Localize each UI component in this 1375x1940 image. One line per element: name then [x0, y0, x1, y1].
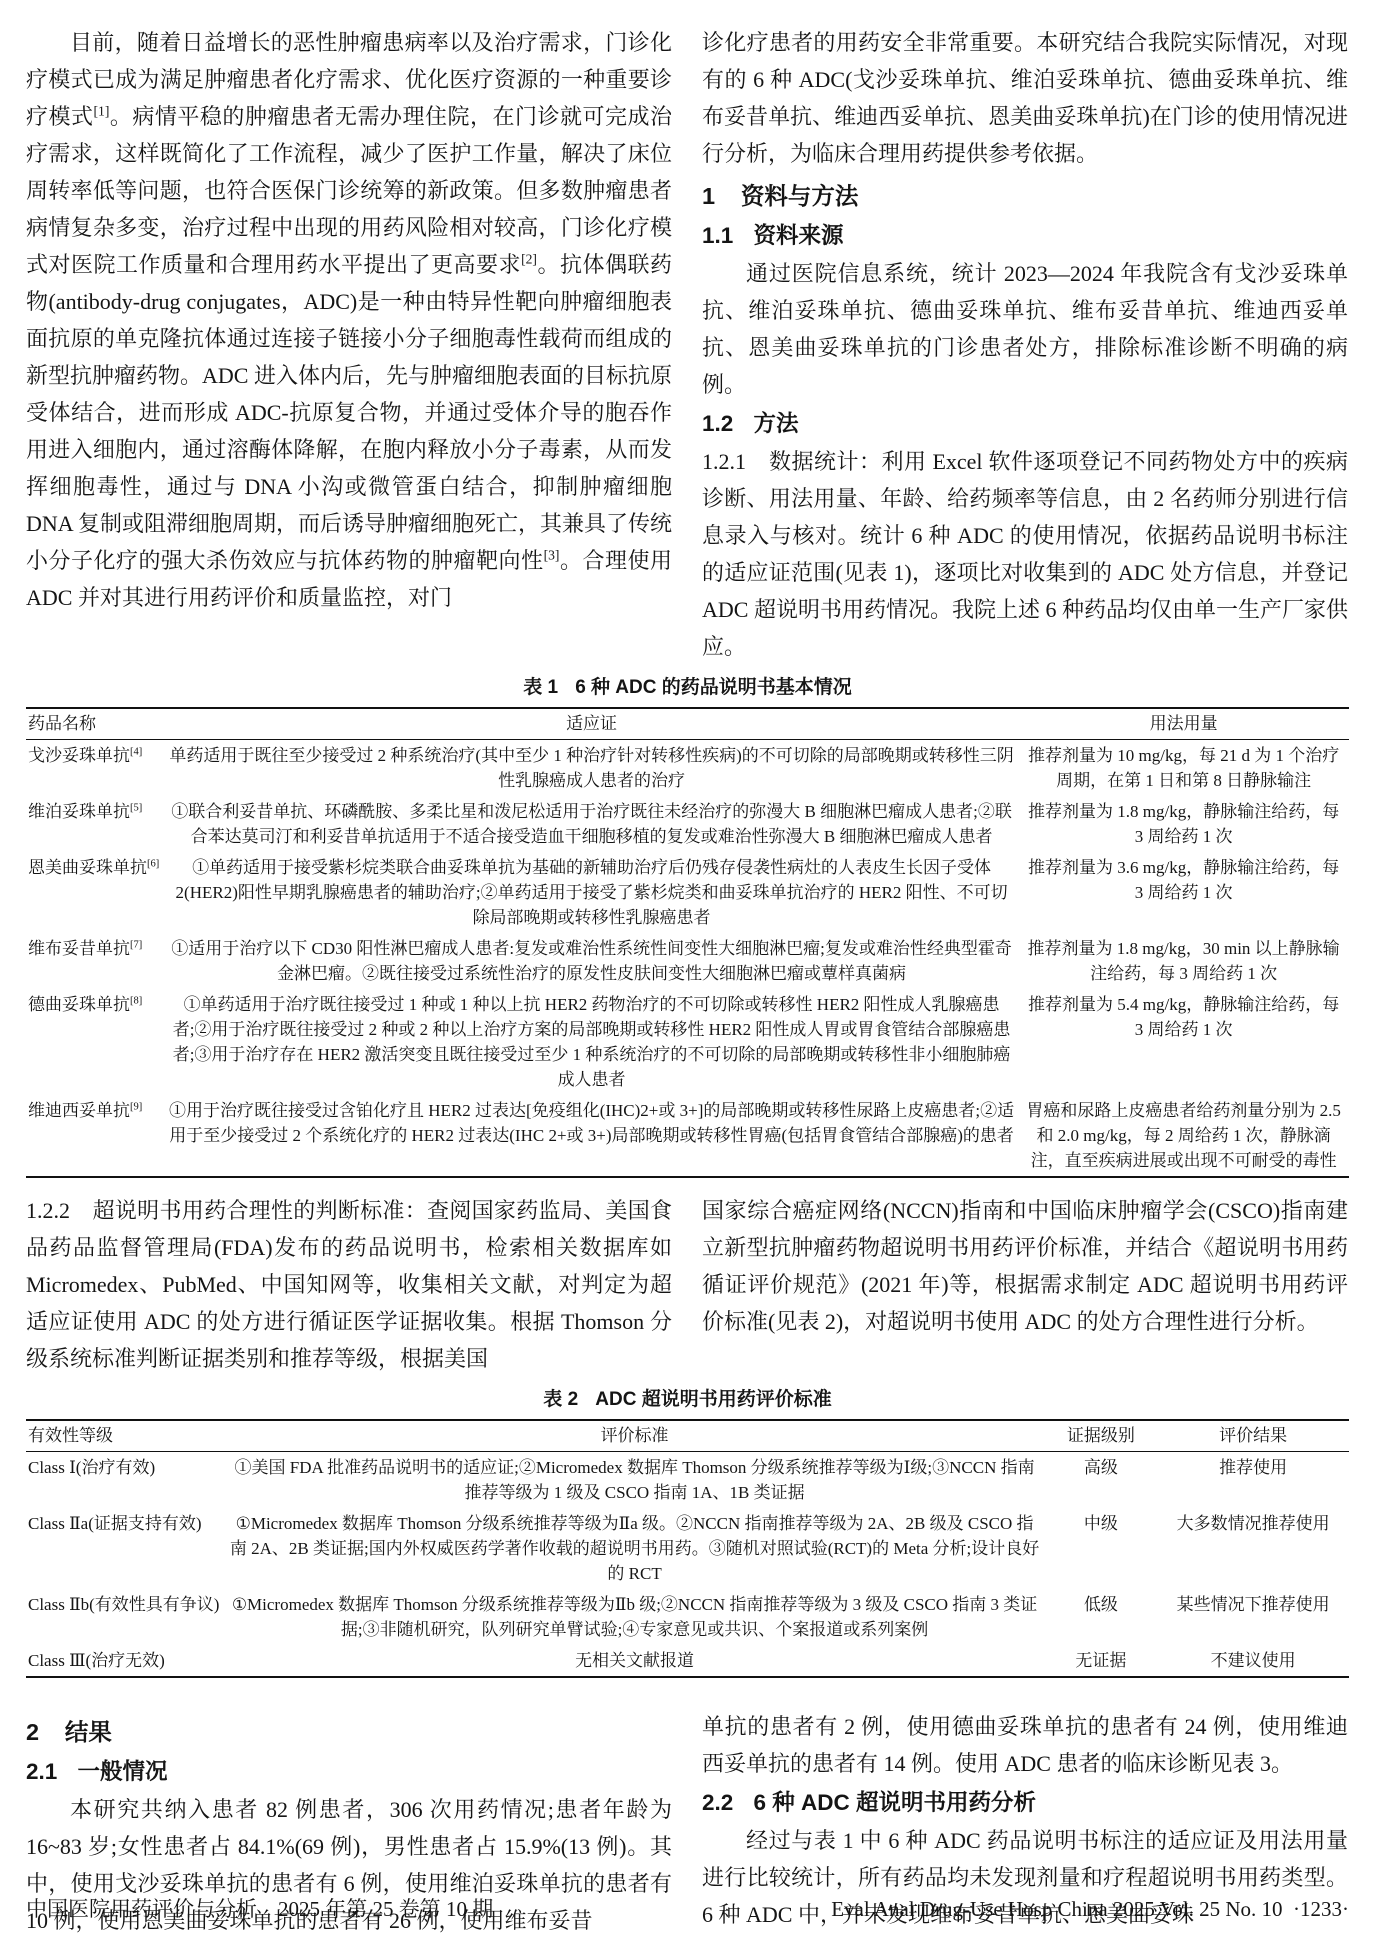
section-1-number: 1 — [702, 183, 715, 209]
citation-ref: [8] — [130, 995, 142, 1006]
intro-section: 目前，随着日益增长的恶性肿瘤患病率以及治疗需求，门诊化疗模式已成为满足肿瘤患者化… — [26, 24, 1349, 665]
citation-ref: [9] — [130, 1101, 142, 1112]
section-2-1-title: 一般情况 — [78, 1759, 168, 1784]
section-2-2-number: 2.2 — [702, 1790, 733, 1815]
drug-name-cell: 维泊妥珠单抗[5] — [26, 796, 165, 852]
section-1-2-heading: 1.2方法 — [702, 406, 1348, 441]
section-2-title: 结果 — [65, 1719, 112, 1745]
result-cell: 大多数情况推荐使用 — [1157, 1508, 1349, 1589]
page-footer: 中国医院用药评价与分析 2025 年第 25 卷第 10 期 Eval Anal… — [26, 1894, 1349, 1924]
table1-label: 表 1 — [523, 677, 558, 698]
table1: 药品名称 适应证 用法用量 戈沙妥珠单抗[4] 单药适用于既往至少接受过 2 种… — [26, 707, 1349, 1178]
table2-row: Class Ⅱa(证据支持有效) ①Micromedex 数据库 Thomson… — [26, 1508, 1349, 1589]
dosage-cell: 推荐剂量为 1.8 mg/kg，静脉输注给药，每 3 周给药 1 次 — [1018, 796, 1349, 852]
table1-caption: 表 16 种 ADC 的药品说明书基本情况 — [26, 675, 1349, 701]
level-cell: 低级 — [1045, 1589, 1157, 1645]
section-2-2-title: 6 种 ADC 超说明书用药分析 — [754, 1790, 1037, 1815]
section-2-heading: 2结果 — [26, 1714, 672, 1750]
table1-row: 德曲妥珠单抗[8] ①单药适用于治疗既往接受过 1 种或 1 种以上抗 HER2… — [26, 989, 1349, 1095]
table1-header-dosage: 用法用量 — [1018, 708, 1349, 740]
dosage-cell: 胃癌和尿路上皮癌患者给药剂量分别为 2.5 和 2.0 mg/kg，每 2 周给… — [1018, 1095, 1349, 1177]
footer-right: Eval Anal Drug-Use Hosp China 2025 Vol. … — [831, 1894, 1349, 1924]
dosage-cell: 推荐剂量为 10 mg/kg，每 21 d 为 1 个治疗周期，在第 1 日和第… — [1018, 740, 1349, 797]
indication-cell: ①适用于治疗以下 CD30 阳性淋巴瘤成人患者:复发或难治性系统性间变性大细胞淋… — [165, 933, 1018, 989]
table1-row: 维泊妥珠单抗[5] ①联合利妥昔单抗、环磷酰胺、多柔比星和泼尼松适用于治疗既往未… — [26, 796, 1349, 852]
drug-name: 维泊妥珠单抗 — [28, 802, 130, 821]
table2-header-criteria: 评价标准 — [224, 1420, 1044, 1452]
table2-caption: 表 2ADC 超说明书用药评价标准 — [26, 1387, 1349, 1413]
section-2-2-heading: 2.26 种 ADC 超说明书用药分析 — [702, 1785, 1348, 1820]
drug-name: 德曲妥珠单抗 — [28, 995, 130, 1014]
section-1-2-number: 1.2 — [702, 411, 733, 436]
section-2-1-paragraph-right: 单抗的患者有 2 例，使用德曲妥珠单抗的患者有 24 例，使用维迪西妥单抗的患者… — [702, 1708, 1348, 1782]
criteria-cell: ①Micromedex 数据库 Thomson 分级系统推荐等级为Ⅱb 级;②N… — [224, 1589, 1044, 1645]
drug-name: 恩美曲妥珠单抗 — [28, 858, 147, 877]
section-1-1-heading: 1.1资料来源 — [702, 218, 1348, 253]
table2: 有效性等级 评价标准 证据级别 评价结果 Class Ⅰ(治疗有效) ①美国 F… — [26, 1419, 1349, 1678]
citation-ref: [5] — [130, 802, 142, 813]
table1-row: 戈沙妥珠单抗[4] 单药适用于既往至少接受过 2 种系统治疗(其中至少 1 种治… — [26, 740, 1349, 797]
right-column: 诊化疗患者的用药安全非常重要。本研究结合我院实际情况，对现有的 6 种 ADC(… — [702, 24, 1348, 665]
level-cell: 高级 — [1045, 1452, 1157, 1509]
drug-name-cell: 恩美曲妥珠单抗[6] — [26, 852, 165, 933]
table2-header-result: 评价结果 — [1157, 1420, 1349, 1452]
intro-paragraph-left: 目前，随着日益增长的恶性肿瘤患病率以及治疗需求，门诊化疗模式已成为满足肿瘤患者化… — [26, 24, 672, 616]
footer-journal-cn: 中国医院用药评价与分析 2025 年第 25 卷第 10 期 — [26, 1894, 493, 1924]
citation-ref: [6] — [147, 858, 159, 869]
table2-header-row: 有效性等级 评价标准 证据级别 评价结果 — [26, 1420, 1349, 1452]
section-2-number: 2 — [26, 1719, 39, 1745]
section-1-2-title: 方法 — [754, 411, 799, 436]
dosage-cell: 推荐剂量为 5.4 mg/kg，静脉输注给药，每 3 周给药 1 次 — [1018, 989, 1349, 1095]
table1-row: 维迪西妥单抗[9] ①用于治疗既往接受过含铂化疗且 HER2 过表达[免疫组化(… — [26, 1095, 1349, 1177]
level-cell: 无证据 — [1045, 1645, 1157, 1677]
citation-ref: [7] — [130, 939, 142, 950]
left-column: 目前，随着日益增长的恶性肿瘤患病率以及治疗需求，门诊化疗模式已成为满足肿瘤患者化… — [26, 24, 672, 665]
drug-name-cell: 戈沙妥珠单抗[4] — [26, 740, 165, 797]
journal-page: 目前，随着日益增长的恶性肿瘤患病率以及治疗需求，门诊化疗模式已成为满足肿瘤患者化… — [0, 0, 1375, 1940]
table2-caption-text: ADC 超说明书用药评价标准 — [595, 1389, 831, 1410]
result-cell: 不建议使用 — [1157, 1645, 1349, 1677]
criteria-cell: ①Micromedex 数据库 Thomson 分级系统推荐等级为Ⅱa 级。②N… — [224, 1508, 1044, 1589]
indication-cell: ①单药适用于治疗既往接受过 1 种或 1 种以上抗 HER2 药物治疗的不可切除… — [165, 989, 1018, 1095]
section-1-heading: 1资料与方法 — [702, 178, 1348, 214]
class-cell: Class Ⅲ(治疗无效) — [26, 1645, 224, 1677]
drug-name: 维布妥昔单抗 — [28, 939, 130, 958]
criteria-cell: ①美国 FDA 批准药品说明书的适应证;②Micromedex 数据库 Thom… — [224, 1452, 1044, 1509]
intro-paragraph-right: 诊化疗患者的用药安全非常重要。本研究结合我院实际情况，对现有的 6 种 ADC(… — [702, 24, 1348, 172]
right-column: 国家综合癌症网络(NCCN)指南和中国临床肿瘤学会(CSCO)指南建立新型抗肿瘤… — [702, 1192, 1348, 1377]
class-cell: Class Ⅰ(治疗有效) — [26, 1452, 224, 1509]
section-1-1-number: 1.1 — [702, 223, 733, 248]
citation-ref-1: [1] — [94, 104, 110, 119]
drug-name: 维迪西妥单抗 — [28, 1101, 130, 1120]
drug-name: 戈沙妥珠单抗 — [28, 746, 130, 765]
section-1-2-2-paragraph-left: 1.2.2 超说明书用药合理性的判断标准：查阅国家药监局、美国食品药品监督管理局… — [26, 1192, 672, 1377]
section-1-1-title: 资料来源 — [754, 223, 844, 248]
intro-text-3: 。抗体偶联药物(antibody-drug conjugates，ADC)是一种… — [26, 252, 672, 573]
citation-ref-3: [3] — [544, 548, 560, 563]
dosage-cell: 推荐剂量为 3.6 mg/kg，静脉输注给药，每 3 周给药 1 次 — [1018, 852, 1349, 933]
section-2-1-number: 2.1 — [26, 1759, 57, 1784]
table2-label: 表 2 — [543, 1389, 578, 1410]
citation-ref-2: [2] — [521, 252, 537, 267]
left-column: 1.2.2 超说明书用药合理性的判断标准：查阅国家药监局、美国食品药品监督管理局… — [26, 1192, 672, 1377]
citation-ref: [4] — [130, 746, 142, 757]
section-1-2-1-paragraph: 1.2.1 数据统计：利用 Excel 软件逐项登记不同药物处方中的疾病诊断、用… — [702, 443, 1348, 665]
drug-name-cell: 维布妥昔单抗[7] — [26, 933, 165, 989]
table2-row: Class Ⅰ(治疗有效) ①美国 FDA 批准药品说明书的适应证;②Micro… — [26, 1452, 1349, 1509]
class-cell: Class Ⅱa(证据支持有效) — [26, 1508, 224, 1589]
section-1-1-paragraph: 通过医院信息系统，统计 2023—2024 年我院含有戈沙妥珠单抗、维泊妥珠单抗… — [702, 255, 1348, 403]
drug-name-cell: 德曲妥珠单抗[8] — [26, 989, 165, 1095]
table2-row: Class Ⅲ(治疗无效) 无相关文献报道 无证据 不建议使用 — [26, 1645, 1349, 1677]
section-1-2-2: 1.2.2 超说明书用药合理性的判断标准：查阅国家药监局、美国食品药品监督管理局… — [26, 1192, 1349, 1377]
result-cell: 推荐使用 — [1157, 1452, 1349, 1509]
indication-cell: ①用于治疗既往接受过含铂化疗且 HER2 过表达[免疫组化(IHC)2+或 3+… — [165, 1095, 1018, 1177]
indication-cell: ①单药适用于接受紫杉烷类联合曲妥珠单抗为基础的新辅助治疗后仍残存侵袭性病灶的人表… — [165, 852, 1018, 933]
drug-name-cell: 维迪西妥单抗[9] — [26, 1095, 165, 1177]
class-cell: Class Ⅱb(有效性具有争议) — [26, 1589, 224, 1645]
result-cell: 某些情况下推荐使用 — [1157, 1589, 1349, 1645]
table1-caption-text: 6 种 ADC 的药品说明书基本情况 — [575, 677, 852, 698]
footer-journal-en: Eval Anal Drug-Use Hosp China 2025 Vol. … — [831, 1897, 1282, 1921]
table1-row: 维布妥昔单抗[7] ①适用于治疗以下 CD30 阳性淋巴瘤成人患者:复发或难治性… — [26, 933, 1349, 989]
indication-cell: 单药适用于既往至少接受过 2 种系统治疗(其中至少 1 种治疗针对转移性疾病)的… — [165, 740, 1018, 797]
table2-row: Class Ⅱb(有效性具有争议) ①Micromedex 数据库 Thomso… — [26, 1589, 1349, 1645]
table2-header-class: 有效性等级 — [26, 1420, 224, 1452]
table1-row: 恩美曲妥珠单抗[6] ①单药适用于接受紫杉烷类联合曲妥珠单抗为基础的新辅助治疗后… — [26, 852, 1349, 933]
section-1-2-2-paragraph-right: 国家综合癌症网络(NCCN)指南和中国临床肿瘤学会(CSCO)指南建立新型抗肿瘤… — [702, 1192, 1348, 1340]
footer-page-number: ·1233· — [1293, 1897, 1349, 1921]
table1-header-row: 药品名称 适应证 用法用量 — [26, 708, 1349, 740]
section-2-1-heading: 2.1一般情况 — [26, 1754, 672, 1789]
table1-header-name: 药品名称 — [26, 708, 165, 740]
table2-header-level: 证据级别 — [1045, 1420, 1157, 1452]
criteria-cell: 无相关文献报道 — [224, 1645, 1044, 1677]
indication-cell: ①联合利妥昔单抗、环磷酰胺、多柔比星和泼尼松适用于治疗既往未经治疗的弥漫大 B … — [165, 796, 1018, 852]
section-1-title: 资料与方法 — [741, 183, 859, 209]
level-cell: 中级 — [1045, 1508, 1157, 1589]
dosage-cell: 推荐剂量为 1.8 mg/kg，30 min 以上静脉输注给药，每 3 周给药 … — [1018, 933, 1349, 989]
table1-header-indication: 适应证 — [165, 708, 1018, 740]
